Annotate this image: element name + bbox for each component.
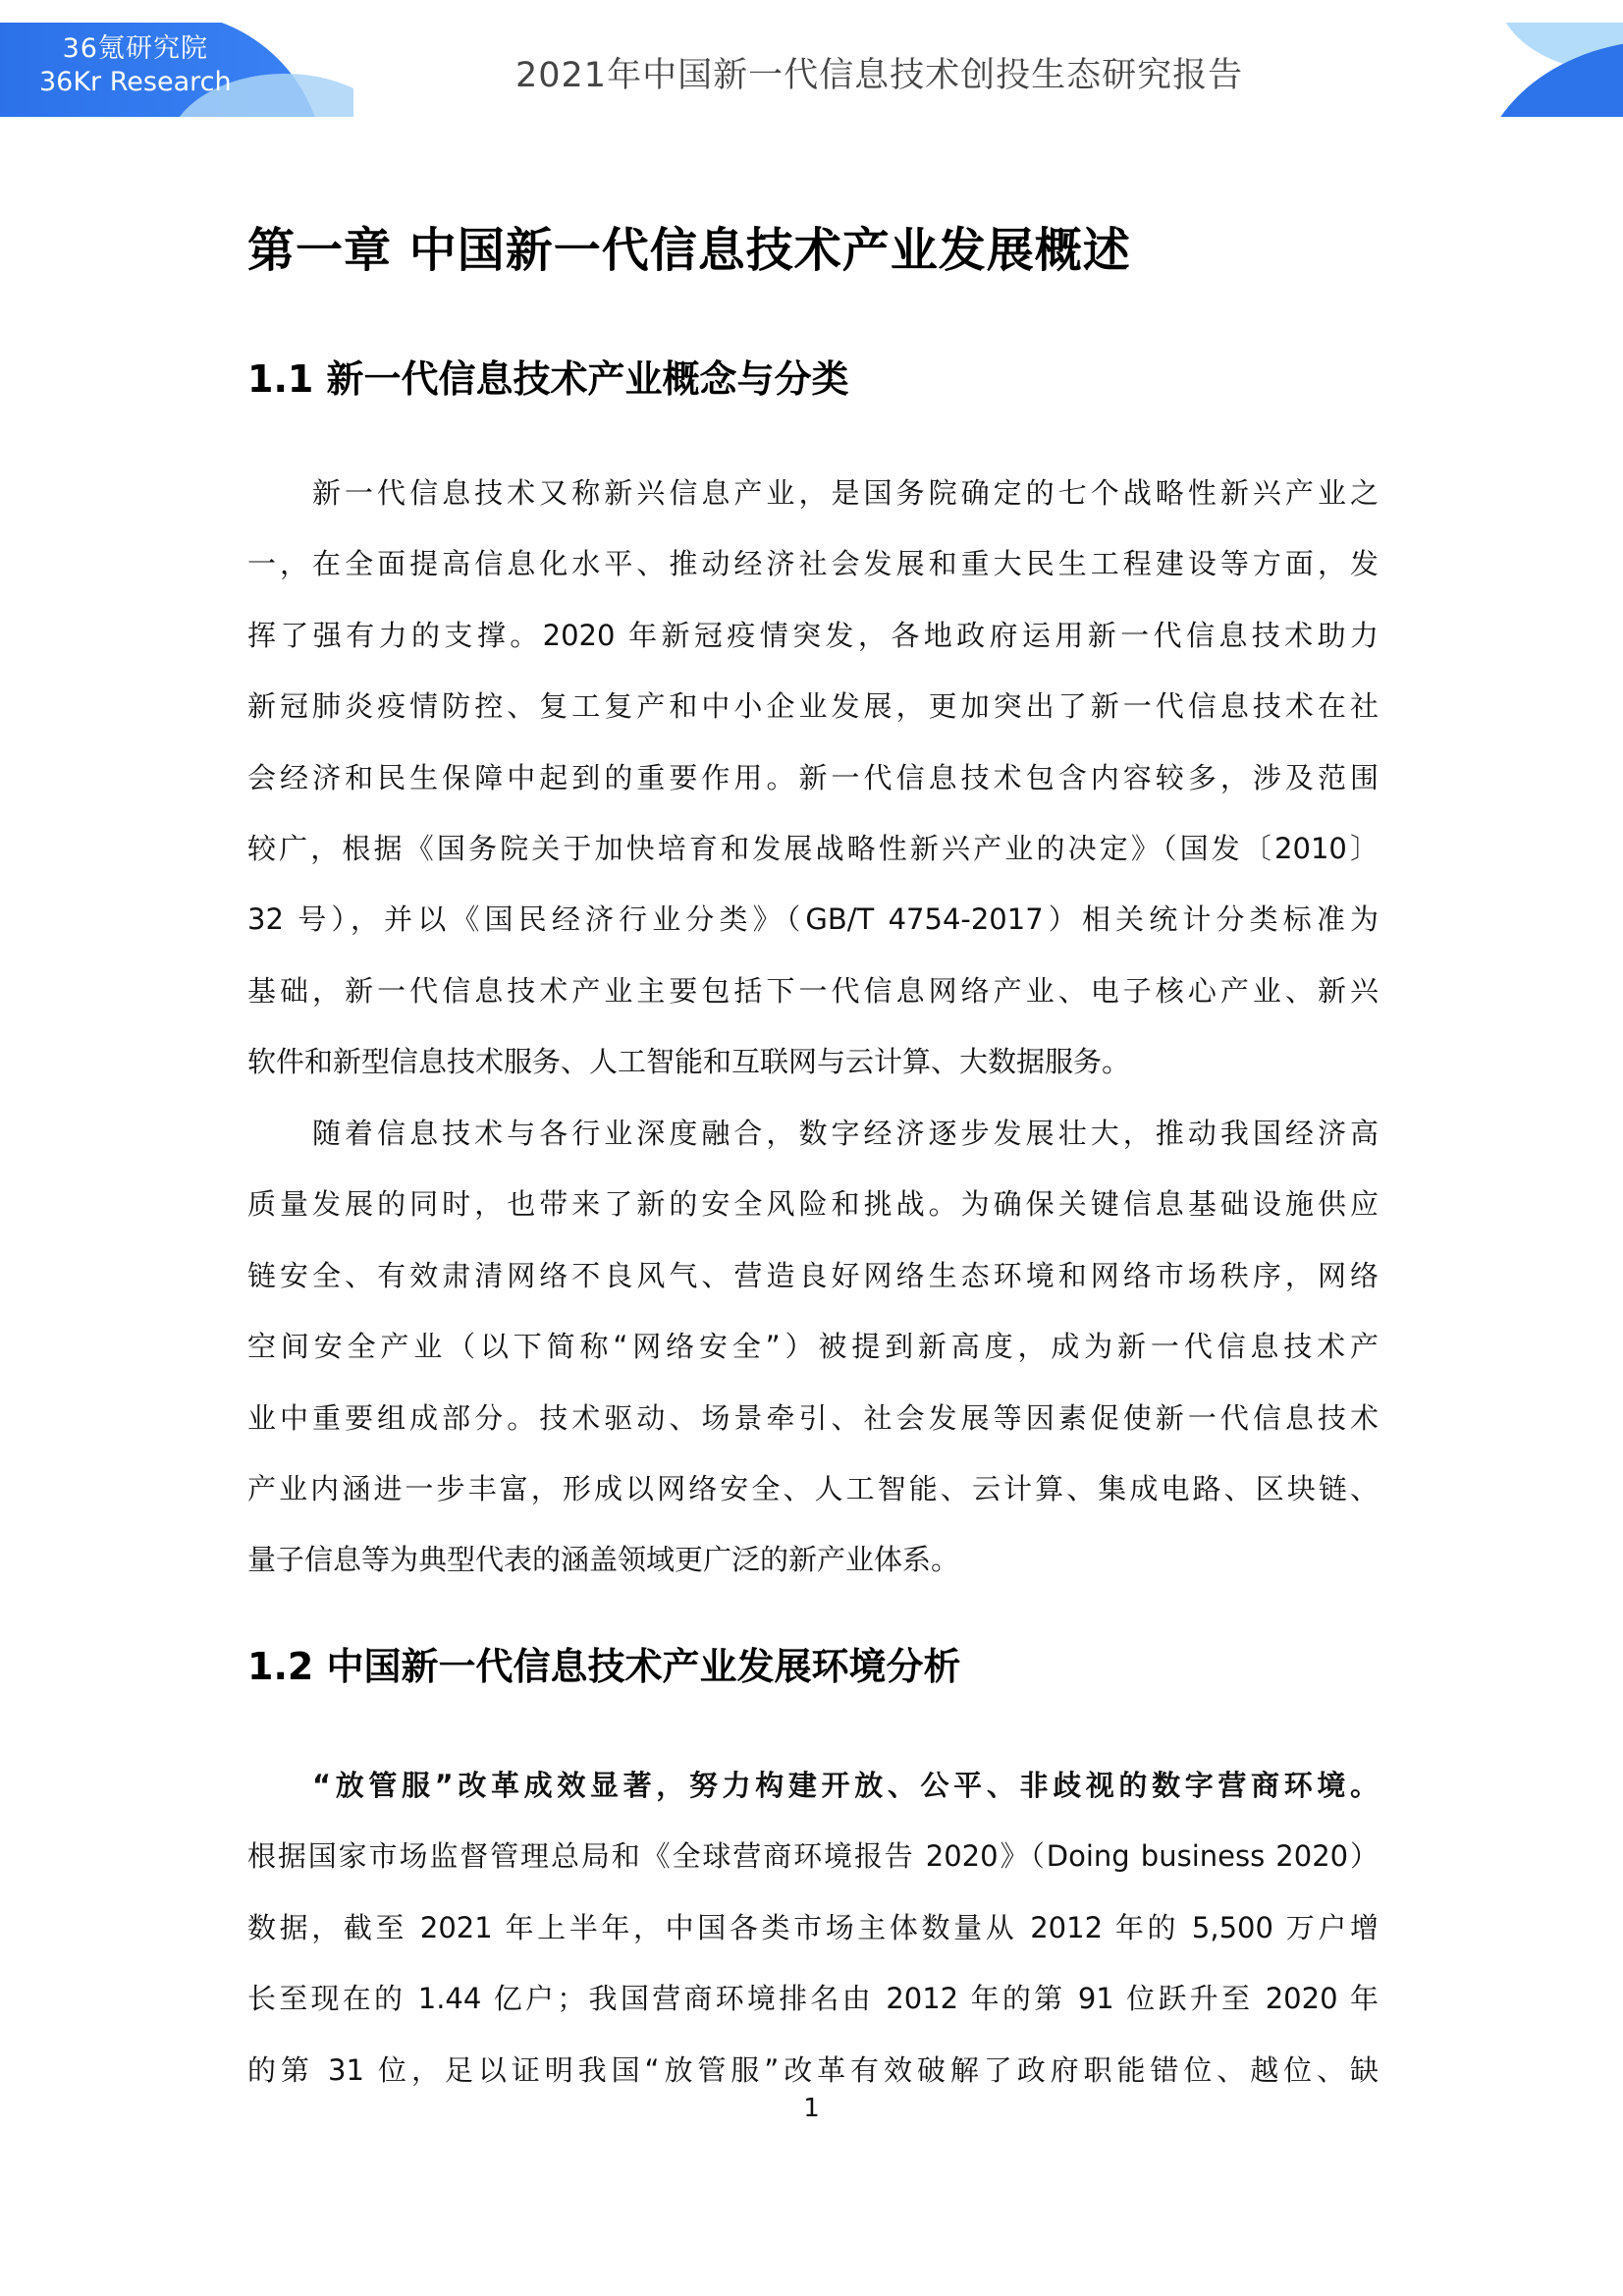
text-line: 一，在全面提高信息化水平、推动经济社会发展和重大民生工程建设等方面，发 bbox=[247, 528, 1379, 599]
text-line: 量子信息等为典型代表的涵盖领域更广泛的新产业体系。 bbox=[247, 1524, 1379, 1595]
page-number: 1 bbox=[0, 2094, 1623, 2123]
logo: 36氪研究院 36Kr Research bbox=[0, 23, 353, 117]
text-line: 业中重要组成部分。技术驱动、场景牵引、社会发展等因素促使新一代信息技术 bbox=[247, 1383, 1379, 1453]
text-line: 数据，截至 2021 年上半年，中国各类市场主体数量从 2012 年的 5,50… bbox=[247, 1892, 1379, 1963]
text-line: 产业内涵进一步丰富，形成以网络安全、人工智能、云计算、集成电路、区块链、 bbox=[247, 1453, 1379, 1524]
text-line: 随着信息技术与各行业深度融合，数字经济逐步发展壮大，推动我国经济高 bbox=[247, 1098, 1379, 1169]
page-header: 36氪研究院 36Kr Research 2021年中国新一代信息技术创投生态研… bbox=[0, 23, 1623, 117]
section-heading-1-1: 1.1 新一代信息技术产业概念与分类 bbox=[247, 349, 849, 403]
paragraph-3: “放管服”改革成效显著，努力构建开放、公平、非歧视的数字营商环境。 根据国家市场… bbox=[247, 1750, 1379, 2105]
text-line: 挥了强有力的支撑。2020 年新冠疫情突发，各地政府运用新一代信息技术助力 bbox=[247, 600, 1379, 671]
text-line: 空间安全产业（以下简称“网络安全”）被提到新高度，成为新一代信息技术产 bbox=[247, 1311, 1379, 1382]
text-line: 链安全、有效肃清网络不良风气、营造良好网络生态环境和网络市场秩序，网络 bbox=[247, 1240, 1379, 1311]
logo-en-text: 36Kr Research bbox=[39, 66, 232, 99]
text-line: 软件和新型信息技术服务、人工智能和互联网与云计算、大数据服务。 bbox=[247, 1026, 1379, 1097]
text-line: 根据国家市场监督管理总局和《全球营商环境报告 2020》（Doing busin… bbox=[247, 1821, 1379, 1891]
logo-cn-text: 36氪研究院 bbox=[39, 32, 232, 66]
text-line: 质量发展的同时，也带来了新的安全风险和挑战。为确保关键信息基础设施供应 bbox=[247, 1169, 1379, 1239]
chapter-title: 第一章 中国新一代信息技术产业发展概述 bbox=[247, 212, 1131, 280]
logo-text: 36氪研究院 36Kr Research bbox=[39, 32, 232, 99]
text-line: 会经济和民生保障中起到的重要作用。新一代信息技术包含内容较多，涉及范围 bbox=[247, 742, 1379, 813]
text-line: 长至现在的 1.44 亿户；我国营商环境排名由 2012 年的第 91 位跃升至… bbox=[247, 1963, 1379, 2034]
paragraph-1: 新一代信息技术又称新兴信息产业，是国务院确定的七个战略性新兴产业之 一，在全面提… bbox=[247, 458, 1379, 1098]
text-line: 基础，新一代信息技术产业主要包括下一代信息网络产业、电子核心产业、新兴 bbox=[247, 956, 1379, 1026]
header-decoration bbox=[1427, 23, 1623, 117]
lead-sentence: “放管服”改革成效显著，努力构建开放、公平、非歧视的数字营商环境。 bbox=[247, 1750, 1379, 1821]
text-line: 新冠肺炎疫情防控、复工复产和中小企业发展，更加突出了新一代信息技术在社 bbox=[247, 671, 1379, 741]
report-title: 2021年中国新一代信息技术创投生态研究报告 bbox=[515, 48, 1243, 97]
paragraph-2: 随着信息技术与各行业深度融合，数字经济逐步发展壮大，推动我国经济高 质量发展的同… bbox=[247, 1098, 1379, 1596]
text-line: 32 号），并以《国民经济行业分类》（GB/T 4754-2017）相关统计分类… bbox=[247, 884, 1379, 955]
text-line: 新一代信息技术又称新兴信息产业，是国务院确定的七个战略性新兴产业之 bbox=[247, 458, 1379, 528]
text-line: 较广，根据《国务院关于加快培育和发展战略性新兴产业的决定》（国发〔2010〕 bbox=[247, 813, 1379, 884]
section-heading-1-2: 1.2 中国新一代信息技术产业发展环境分析 bbox=[247, 1636, 961, 1690]
